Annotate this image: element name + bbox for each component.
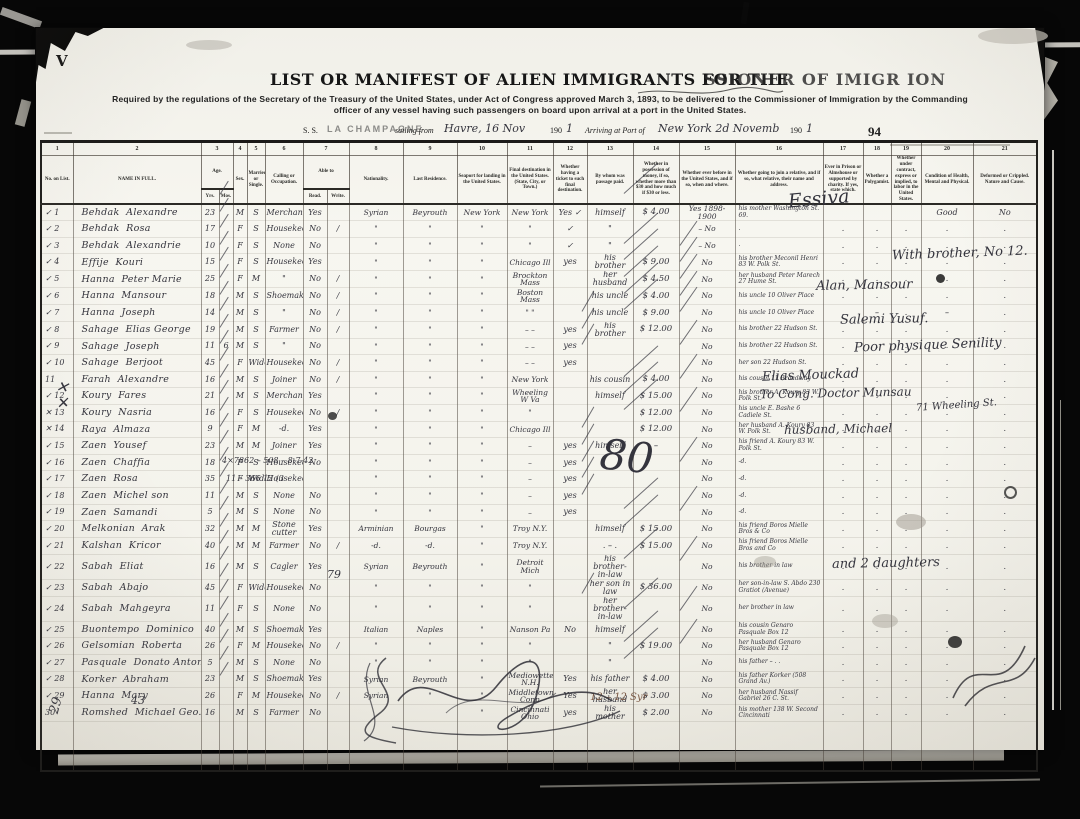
cell-ms: S (247, 288, 265, 305)
cell-health: . (921, 454, 973, 471)
cell-before: No (679, 338, 735, 355)
cell (349, 755, 403, 772)
cell-occ: -d. (265, 421, 303, 438)
cell (823, 722, 863, 739)
cell-port: " (457, 254, 507, 271)
cell-ticket (553, 538, 587, 555)
cell (921, 722, 973, 739)
cell-polyg: . (863, 438, 891, 455)
cell-sex: M (233, 671, 247, 688)
cell-health: – (921, 305, 973, 322)
cell-ticket: yes (553, 487, 587, 504)
table-row: ✓ 15Zaen Yousef23MMJoinerYes"""–yeshimse… (41, 438, 1037, 455)
cell (327, 738, 349, 755)
cell-write: ∕ (327, 271, 349, 288)
cell-sex: M (233, 554, 247, 579)
cell-yrs: 11 (201, 487, 219, 504)
column-number: 12 (553, 142, 587, 156)
cell-port: " (457, 221, 507, 238)
cell-name: Sabah Mahgeyra (73, 596, 201, 621)
cell-sex: M (233, 438, 247, 455)
cell-ticket: yes (553, 504, 587, 521)
ink-blot (328, 412, 337, 420)
cell-ms: S (247, 388, 265, 405)
cell-prison: . (823, 487, 863, 504)
cell-name: Korker Abraham (73, 671, 201, 688)
cell-name: Raya Almaza (73, 421, 201, 438)
cell-name: Hanna Peter Marie (73, 271, 201, 288)
cell-write (327, 596, 349, 621)
cell-before: No (679, 454, 735, 471)
cell (265, 722, 303, 739)
cell-before: No (679, 671, 735, 688)
cell-dest: Chicago Ill (507, 254, 553, 271)
cell-nat: " (349, 438, 403, 455)
cell-yrs: 21 (201, 388, 219, 405)
column-header: Able to (303, 156, 349, 190)
cell-nat: " (349, 504, 403, 521)
cell-money: $ 4.00 (633, 671, 679, 688)
cell-dest: Boston Mass (507, 288, 553, 305)
cell-name: Sahage Berjoot (73, 355, 201, 372)
cell-polyg: . (863, 221, 891, 238)
cell-health: . (921, 355, 973, 372)
cell-ticket: yes (553, 321, 587, 338)
cell-nat: " (349, 254, 403, 271)
cell-ticket: yes (553, 355, 587, 372)
cell-yrs: 23 (201, 204, 219, 221)
cell-name: Sabah Abajo (73, 579, 201, 596)
cell (233, 722, 247, 739)
cell-ticket (553, 596, 587, 621)
cell-read: No (303, 705, 327, 722)
cell (73, 738, 201, 755)
cell-polyg: . (863, 404, 891, 421)
cell-before: No (679, 705, 735, 722)
cell (73, 722, 201, 739)
cell-yrs: 16 (201, 404, 219, 421)
cell-write (327, 237, 349, 254)
cell-occ: Housekeeper (265, 688, 303, 705)
cell-before: No (679, 471, 735, 488)
cell-ms: M (247, 521, 265, 538)
cell (679, 755, 735, 772)
column-number: 14 (633, 142, 679, 156)
cell-deformed: . (973, 371, 1037, 388)
cell-yrs: 32 (201, 521, 219, 538)
cell-money: $ 2.00 (633, 705, 679, 722)
cell-ms: S (247, 221, 265, 238)
cell-ms: S (247, 371, 265, 388)
cell-name: Behdak Alexandre (73, 204, 201, 221)
cell-relative: his friend A. Koury 83 W. Polk St. (735, 438, 823, 455)
cell-name: Koury Nasria (73, 404, 201, 421)
column-header: No. on List. (41, 156, 73, 205)
cell-res: " (403, 371, 457, 388)
cell-prison: . (823, 471, 863, 488)
cell-res: Beyrouth (403, 554, 457, 579)
column-header: Calling or Occupation. (265, 156, 303, 205)
cell-relative: her husband Peter Marech 27 Hume St. (735, 271, 823, 288)
cell-read: Yes (303, 621, 327, 638)
cell-before: Yes 1898-1900 (679, 204, 735, 221)
cell-read: No (303, 654, 327, 671)
ink-annotation: 79 (327, 568, 341, 581)
cell-occ: Joiner (265, 371, 303, 388)
cell-contract: . (891, 471, 921, 488)
table-row: ✓ 2Behdak Rosa17FSHousekeeperNo∕""""✓"– … (41, 221, 1037, 238)
cell-name: Behdak Rosa (73, 221, 201, 238)
column-number: 17 (823, 142, 863, 156)
cell-nat: " (349, 288, 403, 305)
cell-res: " (403, 504, 457, 521)
cell-read: No (303, 221, 327, 238)
cell-nat: " (349, 371, 403, 388)
cell-ms: S (247, 554, 265, 579)
cell-no: ✓ 3 (41, 237, 73, 254)
cell-contract: . (891, 221, 921, 238)
cell-read: No (303, 237, 327, 254)
cell-read: No (303, 305, 327, 322)
cell-yrs: 26 (201, 688, 219, 705)
cell-read: Yes (303, 388, 327, 405)
cell-sex: F (233, 421, 247, 438)
cell (823, 738, 863, 755)
cell-occ: Housekeeper (265, 355, 303, 372)
cell-write: ∕ (327, 688, 349, 705)
cell-health: . (921, 271, 973, 288)
cell-nat: " (349, 471, 403, 488)
cell-before: No (679, 321, 735, 338)
cell-mos (219, 688, 233, 705)
cell-relative: his brother 22 Hudson St. (735, 321, 823, 338)
cell (553, 738, 587, 755)
ink-ring (1004, 486, 1017, 499)
cell (41, 738, 73, 755)
cell-write: ∕ (327, 221, 349, 238)
cell-before: No (679, 487, 735, 504)
cell (633, 755, 679, 772)
cell-write (327, 579, 349, 596)
cell-no: ✓ 24 (41, 596, 73, 621)
column-number: 7 (303, 142, 349, 156)
cell-no: ✓ 18 (41, 487, 73, 504)
cell-sex: M (233, 705, 247, 722)
cell-ms: S (247, 671, 265, 688)
cell-occ: Joiner (265, 438, 303, 455)
cell-contract (891, 204, 921, 221)
cell-occ: Shoemaker (265, 288, 303, 305)
cell-nat: " (349, 596, 403, 621)
cell-prison: . (823, 705, 863, 722)
cell-read: Yes (303, 671, 327, 688)
cell-health: . (921, 438, 973, 455)
cell-deformed: . (973, 579, 1037, 596)
cell-polyg: . (863, 471, 891, 488)
column-header: NAME IN FULL. (73, 156, 201, 205)
cell-nat: " (349, 579, 403, 596)
cell-ms: S (247, 654, 265, 671)
cell (219, 755, 233, 772)
cell-ticket (553, 271, 587, 288)
total-listed: 43 (131, 694, 145, 707)
cell-contract: . (891, 654, 921, 671)
cell-nat: " (349, 487, 403, 504)
cell-write (327, 471, 349, 488)
cell-yrs: 35 (201, 471, 219, 488)
cell-occ: Cagler (265, 554, 303, 579)
cell (247, 738, 265, 755)
table-row: ✓ 20Melkonian Arak32MMStone cutterYesArm… (41, 521, 1037, 538)
cell-occ: Housekeeper (265, 221, 303, 238)
cell-before: No (679, 355, 735, 372)
cell-port: " (457, 321, 507, 338)
cell-dest: Detroit Mich (507, 554, 553, 579)
cell-prison: . (823, 454, 863, 471)
arriving-label: Arriving at Port of (585, 126, 645, 135)
cell-dest: – (507, 487, 553, 504)
cell-res: " (403, 487, 457, 504)
cell-money: $ 19.00 (633, 638, 679, 655)
cell-write: ∕ (327, 305, 349, 322)
cell-before: No (679, 404, 735, 421)
cell-write (327, 338, 349, 355)
cell-deformed: . (973, 305, 1037, 322)
cell-port: " (457, 271, 507, 288)
cell-polyg: . (863, 538, 891, 555)
cell-dest: – – (507, 338, 553, 355)
cell-yrs: 16 (201, 705, 219, 722)
cell-deformed: . (973, 596, 1037, 621)
cell-contract: . (891, 579, 921, 596)
cell-name: Hanna Mansour (73, 288, 201, 305)
cell-port: " (457, 538, 507, 555)
cell-before: No (679, 538, 735, 555)
cell-relative: -d. (735, 471, 823, 488)
cell (457, 755, 507, 772)
ink-annotation: Salemi Yusuf. (840, 311, 929, 328)
sheet-number: 94 (868, 124, 881, 140)
cell-deformed: . (973, 504, 1037, 521)
cell-before: No (679, 554, 735, 579)
cell-name: Romshed Michael Geo. (73, 705, 201, 722)
cell (219, 738, 233, 755)
column-number: 9 (403, 142, 457, 156)
table-row: ✓ 18Zaen Michel son11MSNoneNo"""–yesNo-d… (41, 487, 1037, 504)
cell-ticket: No (553, 621, 587, 638)
cell-health: . (921, 538, 973, 555)
cell-relative: his uncle E. Bashe 6 Cadiele St. (735, 404, 823, 421)
cell-no: ✓ 9 (41, 338, 73, 355)
empty-row (41, 738, 1037, 755)
sailing-from-label: sailing from (395, 126, 434, 135)
cell-occ: " (265, 271, 303, 288)
cell-port: " (457, 621, 507, 638)
cell-write: ∕ (327, 638, 349, 655)
cell-before: No (679, 421, 735, 438)
column-number: 4 (233, 142, 247, 156)
signature-flourish (386, 643, 626, 738)
cell-write (327, 705, 349, 722)
cell-res: " (403, 355, 457, 372)
cell (973, 738, 1037, 755)
cell-ticket (553, 554, 587, 579)
cell-ticket: Yes ✓ (553, 204, 587, 221)
cell-res: " (403, 237, 457, 254)
cell-dest: Brockton Mass (507, 271, 553, 288)
cell-read: No (303, 288, 327, 305)
cell-ticket (553, 521, 587, 538)
arrival-port-date-entry: New York 2d Novemb (658, 122, 779, 135)
cell-sex: M (233, 487, 247, 504)
cell (219, 722, 233, 739)
cell-nat: Syrian (349, 204, 403, 221)
cell-health: . (921, 421, 973, 438)
ink-annotation: and 2 daughters (832, 555, 940, 572)
cell (303, 755, 327, 772)
cell-res: " (403, 404, 457, 421)
cell-nat: " (349, 338, 403, 355)
cell-ticket (553, 388, 587, 405)
cell-polyg: . (863, 705, 891, 722)
cell-yrs: 19 (201, 321, 219, 338)
cell-deformed: . (973, 355, 1037, 372)
scan-mark (740, 2, 749, 25)
cell-polyg: . (863, 504, 891, 521)
cell-sex: M (233, 521, 247, 538)
cell-polyg: . (863, 521, 891, 538)
cell-sex: F (233, 688, 247, 705)
cell-read: No (303, 355, 327, 372)
column-header: Whether a Polygamist. (863, 156, 891, 205)
cell-dest: – – (507, 355, 553, 372)
cell-dest: New York (507, 204, 553, 221)
cell-relative: his father Korker (508 Grand Av.) (735, 671, 823, 688)
cell-nat: Arminian (349, 521, 403, 538)
cell-nat: " (349, 454, 403, 471)
table-row: ✓ 10Sahage Berjoot45FWidowHousekeeperNo∕… (41, 355, 1037, 372)
cell-ms: M (247, 538, 265, 555)
cell-occ: None (265, 596, 303, 621)
cell-occ: None (265, 487, 303, 504)
cell-res: " (403, 288, 457, 305)
cell (735, 722, 823, 739)
cell-name: Hanna Joseph (73, 305, 201, 322)
cell-no: ✓ 5 (41, 271, 73, 288)
cell-paid: himself (587, 204, 633, 221)
cell-sex: M (233, 338, 247, 355)
cell-port: " (457, 487, 507, 504)
cell-relative: his brother Meconil Henri 83 W. Polk St. (735, 254, 823, 271)
column-number: 19 (891, 142, 921, 156)
column-header: Deformed or Crippled. Nature and Cause. (973, 156, 1037, 205)
cell-relative: her son-in-law S. Abdo 230 Gratiot (Aven… (735, 579, 823, 596)
cell-no: ✓ 22 (41, 554, 73, 579)
micro-print (44, 132, 72, 134)
cell-yrs: 45 (201, 579, 219, 596)
smudge (978, 28, 1048, 44)
cell-name: Zaen Rosa (73, 471, 201, 488)
cell-ms: S (247, 254, 265, 271)
cell-nat: " (349, 237, 403, 254)
cell-yrs: 45 (201, 355, 219, 372)
cell-dest: Troy N.Y. (507, 521, 553, 538)
cell (201, 722, 219, 739)
cell-polyg: . (863, 579, 891, 596)
ink-annotation: 80 (598, 429, 656, 483)
column-header: Sex. (233, 156, 247, 205)
cell-no: ✓ 16 (41, 454, 73, 471)
cell-before: No (679, 688, 735, 705)
cell-prison: . (823, 438, 863, 455)
cell-port: " (457, 338, 507, 355)
cell-dest: New York (507, 371, 553, 388)
cell-paid: her brother-in-law (587, 596, 633, 621)
cell-before: No (679, 579, 735, 596)
ink-blot (948, 636, 962, 648)
cell-no: ✓ 4 (41, 254, 73, 271)
scanned-manifest: V LIST OR MANIFEST OF ALIEN IMMIGRANTS F… (0, 0, 1080, 819)
cell-dest: Chicago Ill (507, 421, 553, 438)
cell-health: . (921, 221, 973, 238)
cell-name: Sabah Eliat (73, 554, 201, 579)
column-subheader: Write. (327, 189, 349, 204)
cell-sex: F (233, 221, 247, 238)
cell-yrs: 18 (201, 288, 219, 305)
cell (863, 722, 891, 739)
cell (41, 722, 73, 739)
cell-ms: S (247, 237, 265, 254)
cell-money: $ 12.00 (633, 321, 679, 338)
cell-deformed: . (973, 554, 1037, 579)
cell-name: Zaen Samandi (73, 504, 201, 521)
cell-no: ✓ 17 (41, 471, 73, 488)
cell-yrs: 40 (201, 621, 219, 638)
cell-port: " (457, 504, 507, 521)
cell (201, 738, 219, 755)
cell-read: No (303, 638, 327, 655)
cell-health: Good (921, 204, 973, 221)
cell (587, 755, 633, 772)
cell-yrs: 15 (201, 254, 219, 271)
cell-ticket: ✓ (553, 221, 587, 238)
cell (247, 722, 265, 739)
cell-relative: . (735, 237, 823, 254)
cell-paid: himself (587, 621, 633, 638)
cell-ticket (553, 371, 587, 388)
cell-paid (587, 487, 633, 504)
cell-read: No (303, 338, 327, 355)
column-number: 15 (679, 142, 735, 156)
cell-yrs: 16 (201, 554, 219, 579)
cell-nat: " (349, 421, 403, 438)
ss-label: S. S. (303, 126, 318, 135)
cell-no: ✓ 8 (41, 321, 73, 338)
cell-dest: – (507, 438, 553, 455)
smudge (754, 556, 776, 568)
cell-yrs: 25 (201, 271, 219, 288)
table-row: ✓ 4Effije Kouri15FSHousekeeperYes"""Chic… (41, 254, 1037, 271)
cell-dest: – (507, 471, 553, 488)
cell-nat: " (349, 305, 403, 322)
cell-ticket: ✓ (553, 237, 587, 254)
cell-polyg: . (863, 454, 891, 471)
cell-money: $ 9.00 (633, 305, 679, 322)
cell-res: " (403, 421, 457, 438)
cell-no: ✓ 6 (41, 288, 73, 305)
cell (891, 722, 921, 739)
cell-occ: Housekeeper (265, 579, 303, 596)
